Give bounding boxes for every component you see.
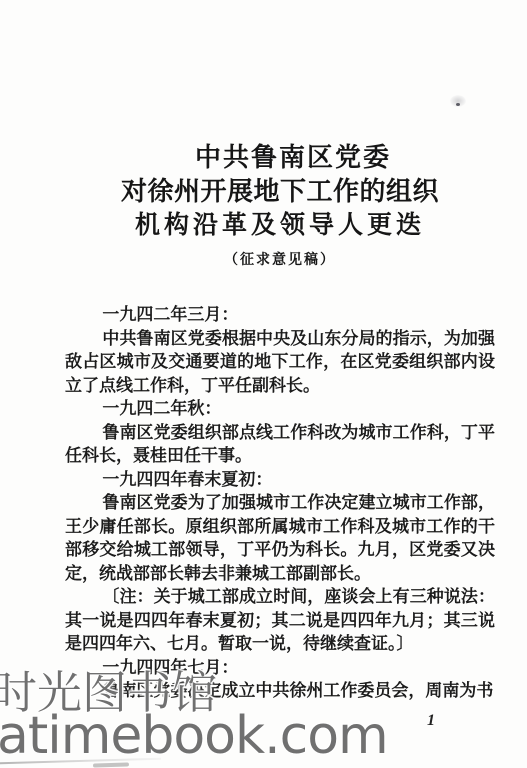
document-subtitle: （征求意见稿） [65,249,495,269]
paragraph: 一九四二年三月： [65,303,495,327]
document-title-line-1: 中共鲁南区党委 [78,141,508,175]
scan-smudge-artifact [450,95,466,107]
paragraph: 鲁南区党委组织部点线工作科改为城市工作科，丁平任科长，聂桂田任干事。 [65,421,495,468]
scanned-document-page: 中共鲁南区党委 对徐州开展地下工作的组织 机构沿革及领导人更迭 （征求意见稿） … [0,0,527,768]
paragraph-note: 〔注：关于城工部成立时间，座谈会上有三种说法：其一说是四四年春末夏初；其二说是四… [65,585,495,656]
document-title-line-2: 对徐州开展地下工作的组织 [65,175,495,209]
document-title-line-3: 机构沿革及领导人更迭 [65,209,495,243]
scan-smudge-bottom-artifact [93,762,129,767]
document-body: 一九四二年三月： 中共鲁南区党委根据中央及山东分局的指示，为加强敌占区城市及交通… [65,303,495,703]
page-number: 1 [427,712,435,730]
watermark-site-text: atimebook.com [0,706,388,766]
paragraph: 一九四二年秋： [65,397,495,421]
paragraph: 中共鲁南区党委根据中央及山东分局的指示，为加强敌占区城市及交通要道的地下工作，在… [65,327,495,398]
paragraph: 鲁南区党委为了加强城市工作决定建立城市工作部，王少庸任部长。原组织部所属城市工作… [65,491,495,585]
paragraph: 一九四四年春末夏初： [65,468,495,492]
document-header: 中共鲁南区党委 对徐州开展地下工作的组织 机构沿革及领导人更迭 （征求意见稿） [65,141,495,269]
